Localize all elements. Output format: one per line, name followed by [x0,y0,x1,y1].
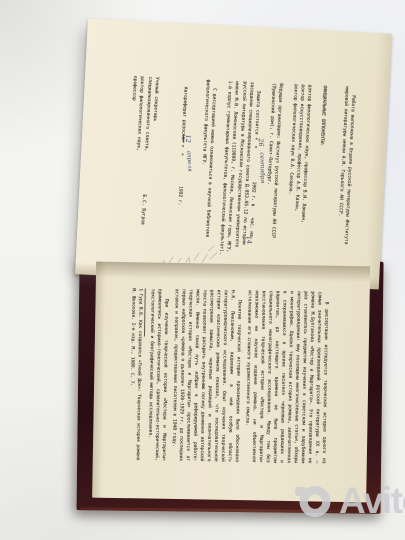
top-page: Работа выполнена в Отделе русской литера… [75,18,392,289]
top-page-typed-lines: Работа выполнена в Отделе русской литера… [122,76,357,259]
typed-paragraph: В диссертации исследуется творческая ист… [243,290,330,463]
open-book: Работа выполнена в Отделе русской литера… [58,0,405,521]
bottom-page: В диссертации исследуется творческая ист… [92,262,370,503]
ink-defense-month: сентября [258,152,265,183]
bottom-page-paragraphs: В диссертации исследуется творческая ист… [146,289,330,464]
footnote-text: 1 Гура В.В. Как создавался «Тихий Дон»: … [127,288,143,460]
ink-sent-day: 12 [183,135,192,143]
avito-watermark: Avito [294,480,405,520]
camera-icon [294,480,334,520]
ink-defense-time: 14 [245,235,254,244]
top-page-text-block: Работа выполнена в Отделе русской литера… [102,75,356,259]
watermark-brand-text: Avito [339,482,405,519]
typed-paragraph: При изучении творческой истории «Мастера… [146,289,170,461]
ink-sent-month: апреля [185,151,192,172]
bottom-page-text-block: В диссертации исследуется творческая ист… [99,288,330,464]
footnote-separator [144,288,146,336]
typed-paragraph: Понятие творческой истории произведения … [170,289,243,462]
ink-defense-day: 26 [257,138,265,147]
